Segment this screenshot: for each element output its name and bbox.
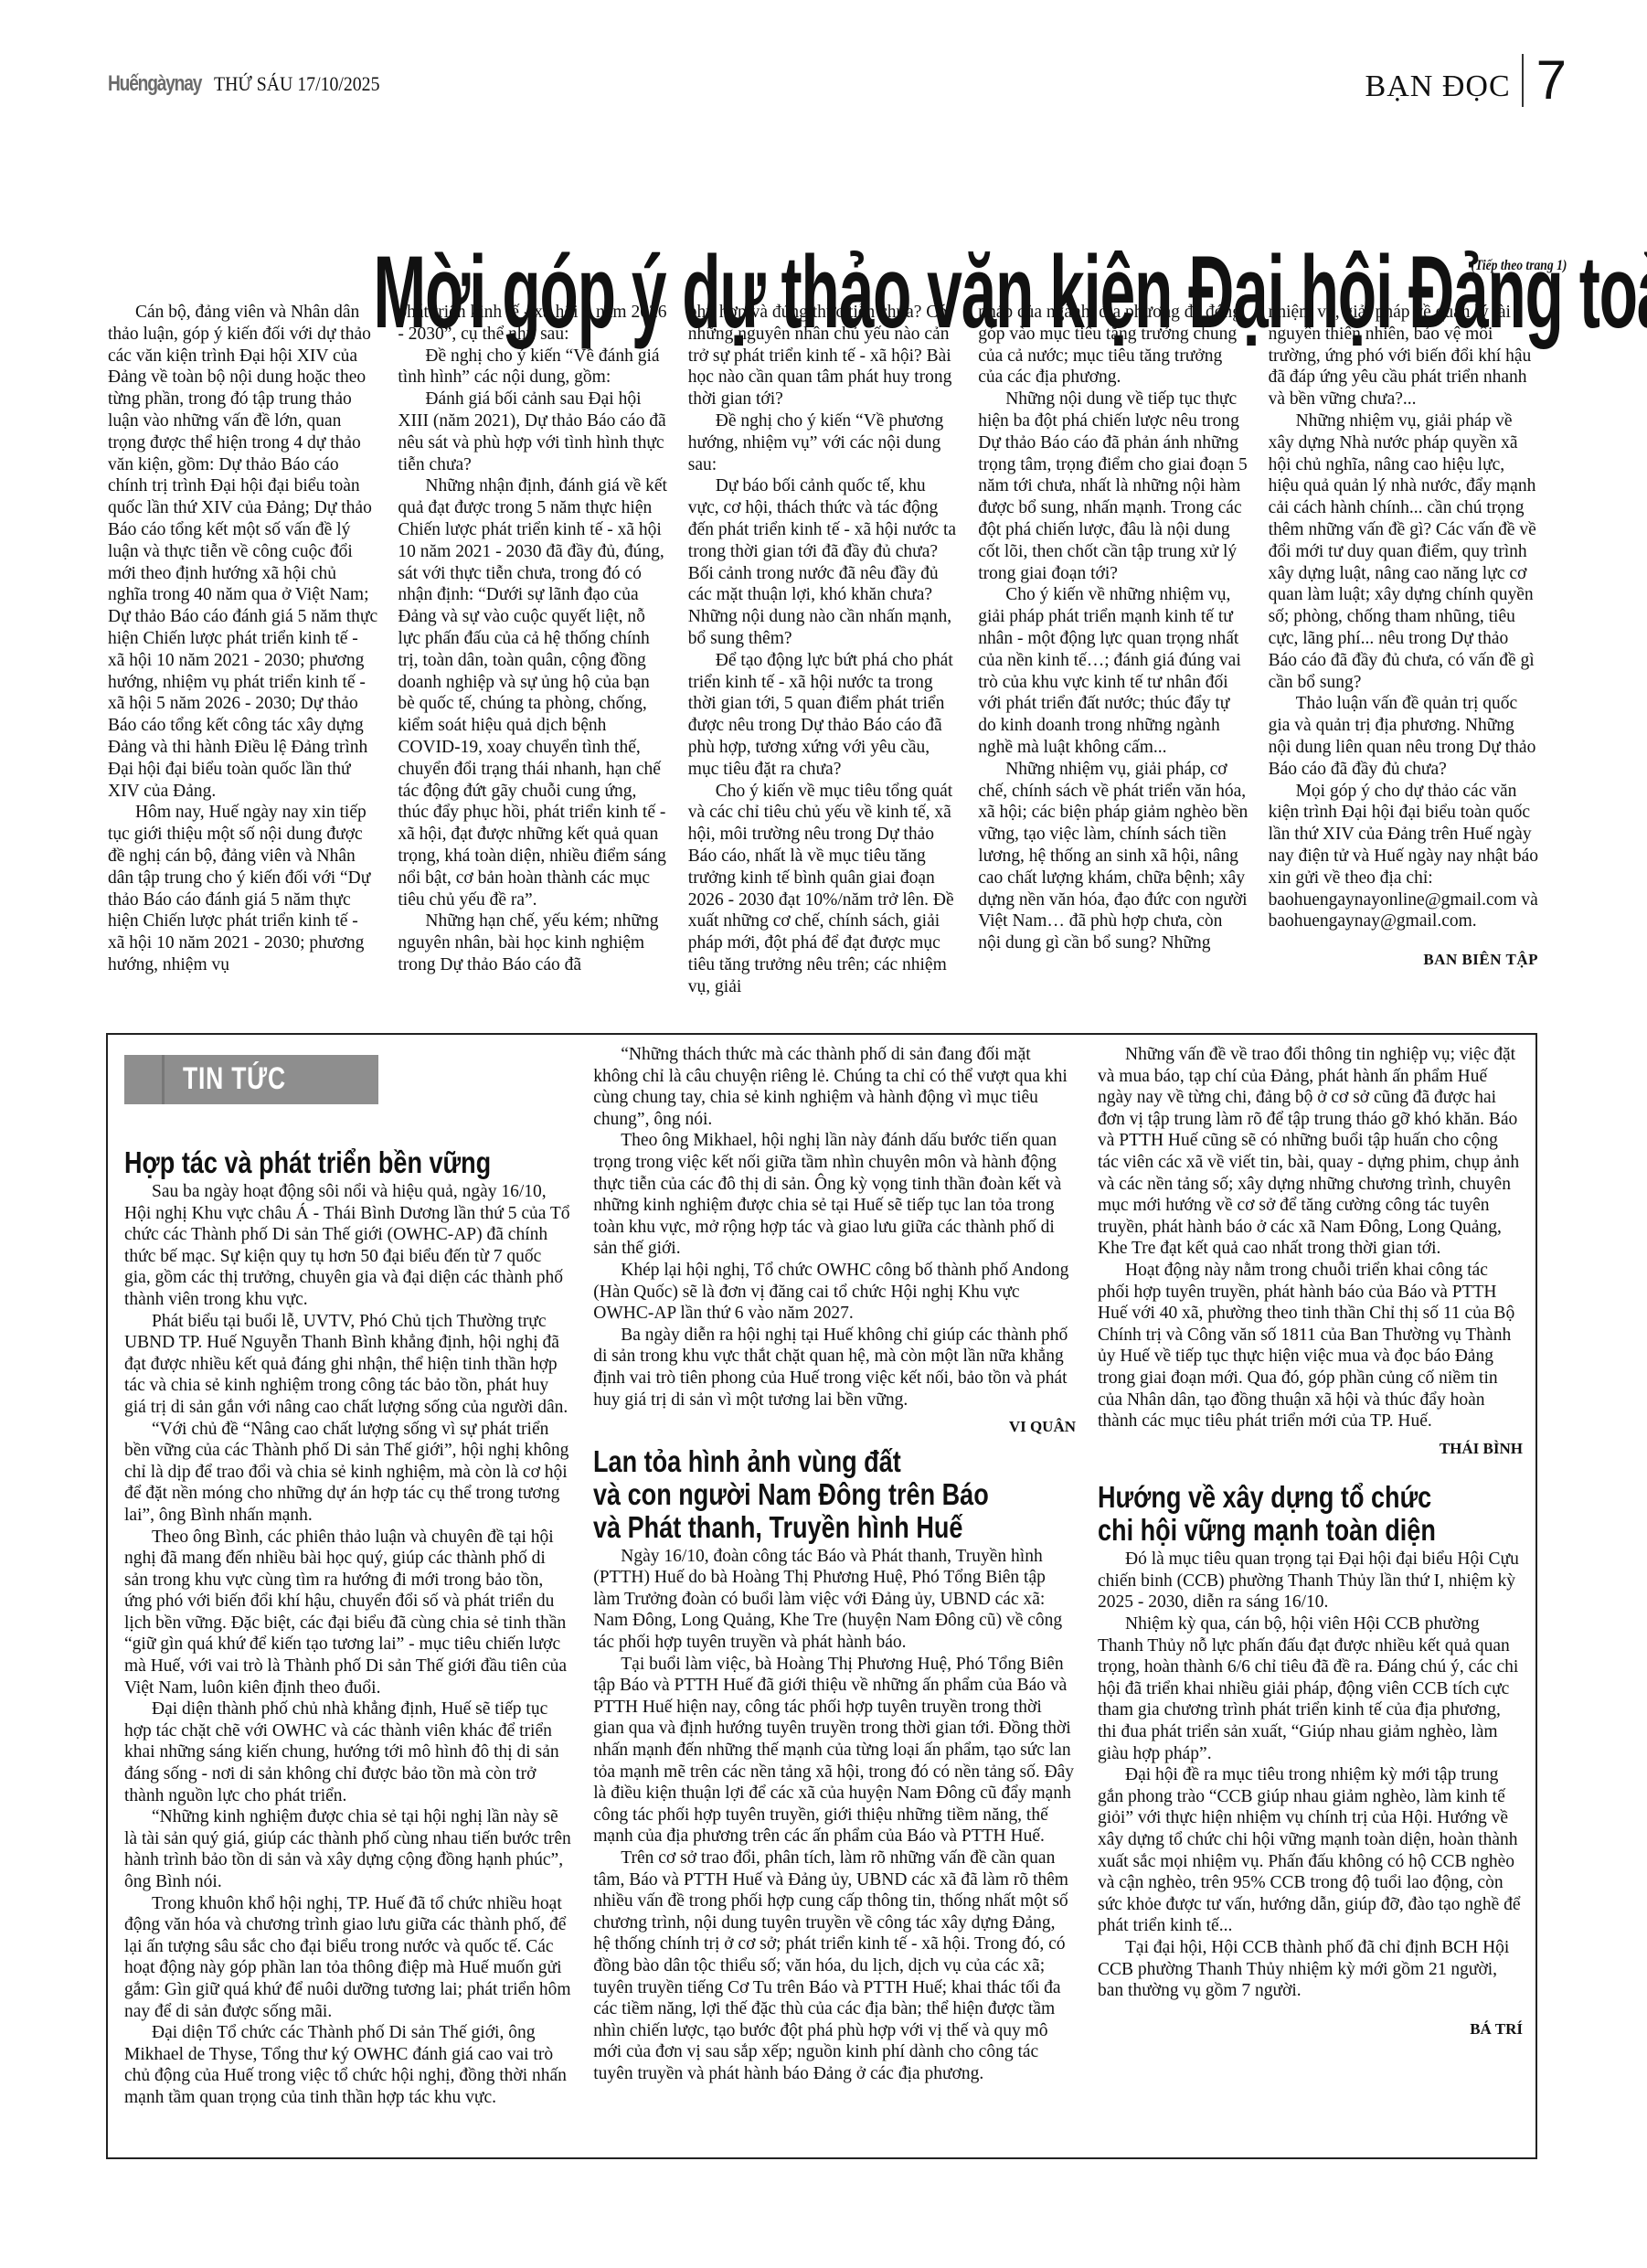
paragraph: “Những thách thức mà các thành phố di sả…	[593, 1044, 1076, 1130]
lead-column-2: phát triển kinh tế - xã hội 5 năm 2026 -…	[398, 302, 667, 998]
lead-column-3: phù hợp và đúng thực tiễn chưa? Có những…	[688, 302, 958, 998]
title-line: chi hội vững mạnh toàn diện	[1098, 1514, 1446, 1547]
section-header: BẠN ĐỌC 7	[1365, 53, 1567, 108]
article-3-byline: BÁ TRÍ	[1098, 2018, 1523, 2040]
paragraph: Hoạt động này nằm trong chuỗi triển khai…	[1098, 1260, 1523, 1432]
paragraph: Đề nghị cho ý kiến “Về phương hướng, nhi…	[688, 410, 958, 475]
paragraph: Hôm nay, Huế ngày nay xin tiếp tục giới …	[108, 802, 377, 975]
paragraph: Đại diện thành phố chủ nhà khẳng định, H…	[124, 1698, 571, 1806]
news-column-1: TIN TỨC Hợp tác và phát triển bền vững S…	[124, 1044, 571, 2139]
title-line: Lan tỏa hình ảnh vùng đất	[593, 1445, 989, 1478]
paragraph: Phát biểu tại buổi lễ, UVTV, Phó Chủ tịc…	[124, 1311, 571, 1419]
lead-byline: BAN BIÊN TẬP	[1269, 949, 1538, 971]
paragraph: Tại buổi làm việc, bà Hoàng Thị Phương H…	[593, 1654, 1076, 1847]
newspaper-logo: Huếngàynay	[108, 71, 201, 97]
article-2-title: Lan tỏa hình ảnh vùng đất và con người N…	[593, 1445, 989, 1544]
section-tag: TIN TỨC	[124, 1055, 378, 1104]
news-box: TIN TỨC Hợp tác và phát triển bền vững S…	[106, 1033, 1537, 2159]
masthead: Huếngàynay THỨ SÁU 17/10/2025	[108, 71, 398, 97]
paragraph: Những nhiệm vụ, giải pháp, cơ chế, chính…	[978, 759, 1248, 954]
paragraph: Mọi góp ý cho dự thảo các văn kiện trình…	[1269, 781, 1538, 933]
lead-column-5: nhiệm vụ, giải pháp về quản lý tài nguyê…	[1269, 302, 1538, 998]
paragraph: Đại diện Tổ chức các Thành phố Di sản Th…	[124, 2022, 571, 2108]
paragraph: Thảo luận vấn đề quản trị quốc gia và qu…	[1269, 693, 1538, 780]
news-column-3: Những vấn đề về trao đổi thông tin nghiệ…	[1098, 1044, 1523, 2139]
issue-date: THỨ SÁU 17/10/2025	[214, 72, 379, 96]
section-tag-label: TIN TỨC	[183, 1069, 286, 1091]
article-2-byline: THÁI BÌNH	[1098, 1438, 1523, 1460]
paragraph: Cho ý kiến về mục tiêu tổng quát và các …	[688, 781, 958, 998]
paragraph: phù hợp và đúng thực tiễn chưa? Có những…	[688, 302, 958, 410]
paragraph: Trong khuôn khổ hội nghị, TP. Huế đã tổ …	[124, 1893, 571, 2023]
paragraph: Đó là mục tiêu quan trọng tại Đại hội đạ…	[1098, 1549, 1523, 1613]
paragraph: Trên cơ sở trao đổi, phân tích, làm rõ n…	[593, 1847, 1076, 2085]
news-column-2: “Những thách thức mà các thành phố di sả…	[593, 1044, 1076, 2139]
paragraph: Nhiệm kỳ qua, cán bộ, hội viên Hội CCB p…	[1098, 1613, 1523, 1764]
article-1-byline: VI QUÂN	[593, 1416, 1076, 1438]
paragraph: Để tạo động lực bứt phá cho phát triển k…	[688, 650, 958, 781]
paragraph: pháp của ngành, địa phương để đóng góp v…	[978, 302, 1248, 389]
title-line: và Phát thanh, Truyền hình Huế	[593, 1511, 989, 1544]
paragraph: Những vấn đề về trao đổi thông tin nghiệ…	[1098, 1044, 1523, 1260]
paragraph: Dự báo bối cảnh quốc tế, khu vực, cơ hội…	[688, 475, 958, 649]
lead-column-1: Cán bộ, đảng viên và Nhân dân thảo luận,…	[108, 302, 377, 998]
paragraph: “Những kinh nghiệm được chia sẻ tại hội …	[124, 1806, 571, 1892]
paragraph: Theo ông Mikhael, hội nghị lần này đánh …	[593, 1130, 1076, 1260]
section-name: BẠN ĐỌC	[1365, 69, 1522, 104]
article-3-title: Hướng về xây dựng tổ chức chi hội vững m…	[1098, 1481, 1446, 1547]
paragraph: phát triển kinh tế - xã hội 5 năm 2026 -…	[398, 302, 667, 346]
section-divider	[1522, 54, 1524, 107]
page-number: 7	[1536, 53, 1567, 108]
paragraph: Những nhiệm vụ, giải pháp về xây dựng Nh…	[1269, 410, 1538, 693]
lead-article-body: Cán bộ, đảng viên và Nhân dân thảo luận,…	[108, 302, 1538, 996]
paragraph: “Với chủ đề “Nâng cao chất lượng sống vì…	[124, 1419, 571, 1527]
paragraph: Những nhận định, đánh giá về kết quả đạt…	[398, 475, 667, 910]
paragraph: Những hạn chế, yếu kém; những nguyên nhâ…	[398, 910, 667, 975]
paragraph: Đại hội đề ra mục tiêu trong nhiệm kỳ mớ…	[1098, 1764, 1523, 1937]
tag-bar	[124, 1055, 165, 1104]
article-1-title: Hợp tác và phát triển bền vững	[124, 1146, 491, 1179]
paragraph: Tại đại hội, Hội CCB thành phố đã chỉ đị…	[1098, 1937, 1523, 2002]
paragraph: Đề nghị cho ý kiến “Về đánh giá tình hìn…	[398, 346, 667, 389]
title-line: Hướng về xây dựng tổ chức	[1098, 1481, 1446, 1514]
paragraph: Cán bộ, đảng viên và Nhân dân thảo luận,…	[108, 302, 377, 802]
paragraph: Những nội dung về tiếp tục thực hiện ba …	[978, 389, 1248, 584]
paragraph: Đánh giá bối cảnh sau Đại hội XIII (năm …	[398, 389, 667, 475]
continued-note: (Tiếp theo trang 1)	[1471, 258, 1567, 274]
title-line: và con người Nam Đông trên Báo	[593, 1478, 989, 1511]
paragraph: Cho ý kiến về những nhiệm vụ, giải pháp …	[978, 584, 1248, 758]
paragraph: Ngày 16/10, đoàn công tác Báo và Phát th…	[593, 1546, 1076, 1654]
paragraph: Khép lại hội nghị, Tổ chức OWHC công bố …	[593, 1260, 1076, 1325]
paragraph: Ba ngày diễn ra hội nghị tại Huế không c…	[593, 1325, 1076, 1411]
paragraph: nhiệm vụ, giải pháp về quản lý tài nguyê…	[1269, 302, 1538, 410]
news-columns: TIN TỨC Hợp tác và phát triển bền vững S…	[124, 1044, 1523, 2139]
lead-column-4: pháp của ngành, địa phương để đóng góp v…	[978, 302, 1248, 998]
paragraph: Sau ba ngày hoạt động sôi nổi và hiệu qu…	[124, 1181, 571, 1311]
paragraph: Theo ông Bình, các phiên thảo luận và ch…	[124, 1527, 571, 1699]
